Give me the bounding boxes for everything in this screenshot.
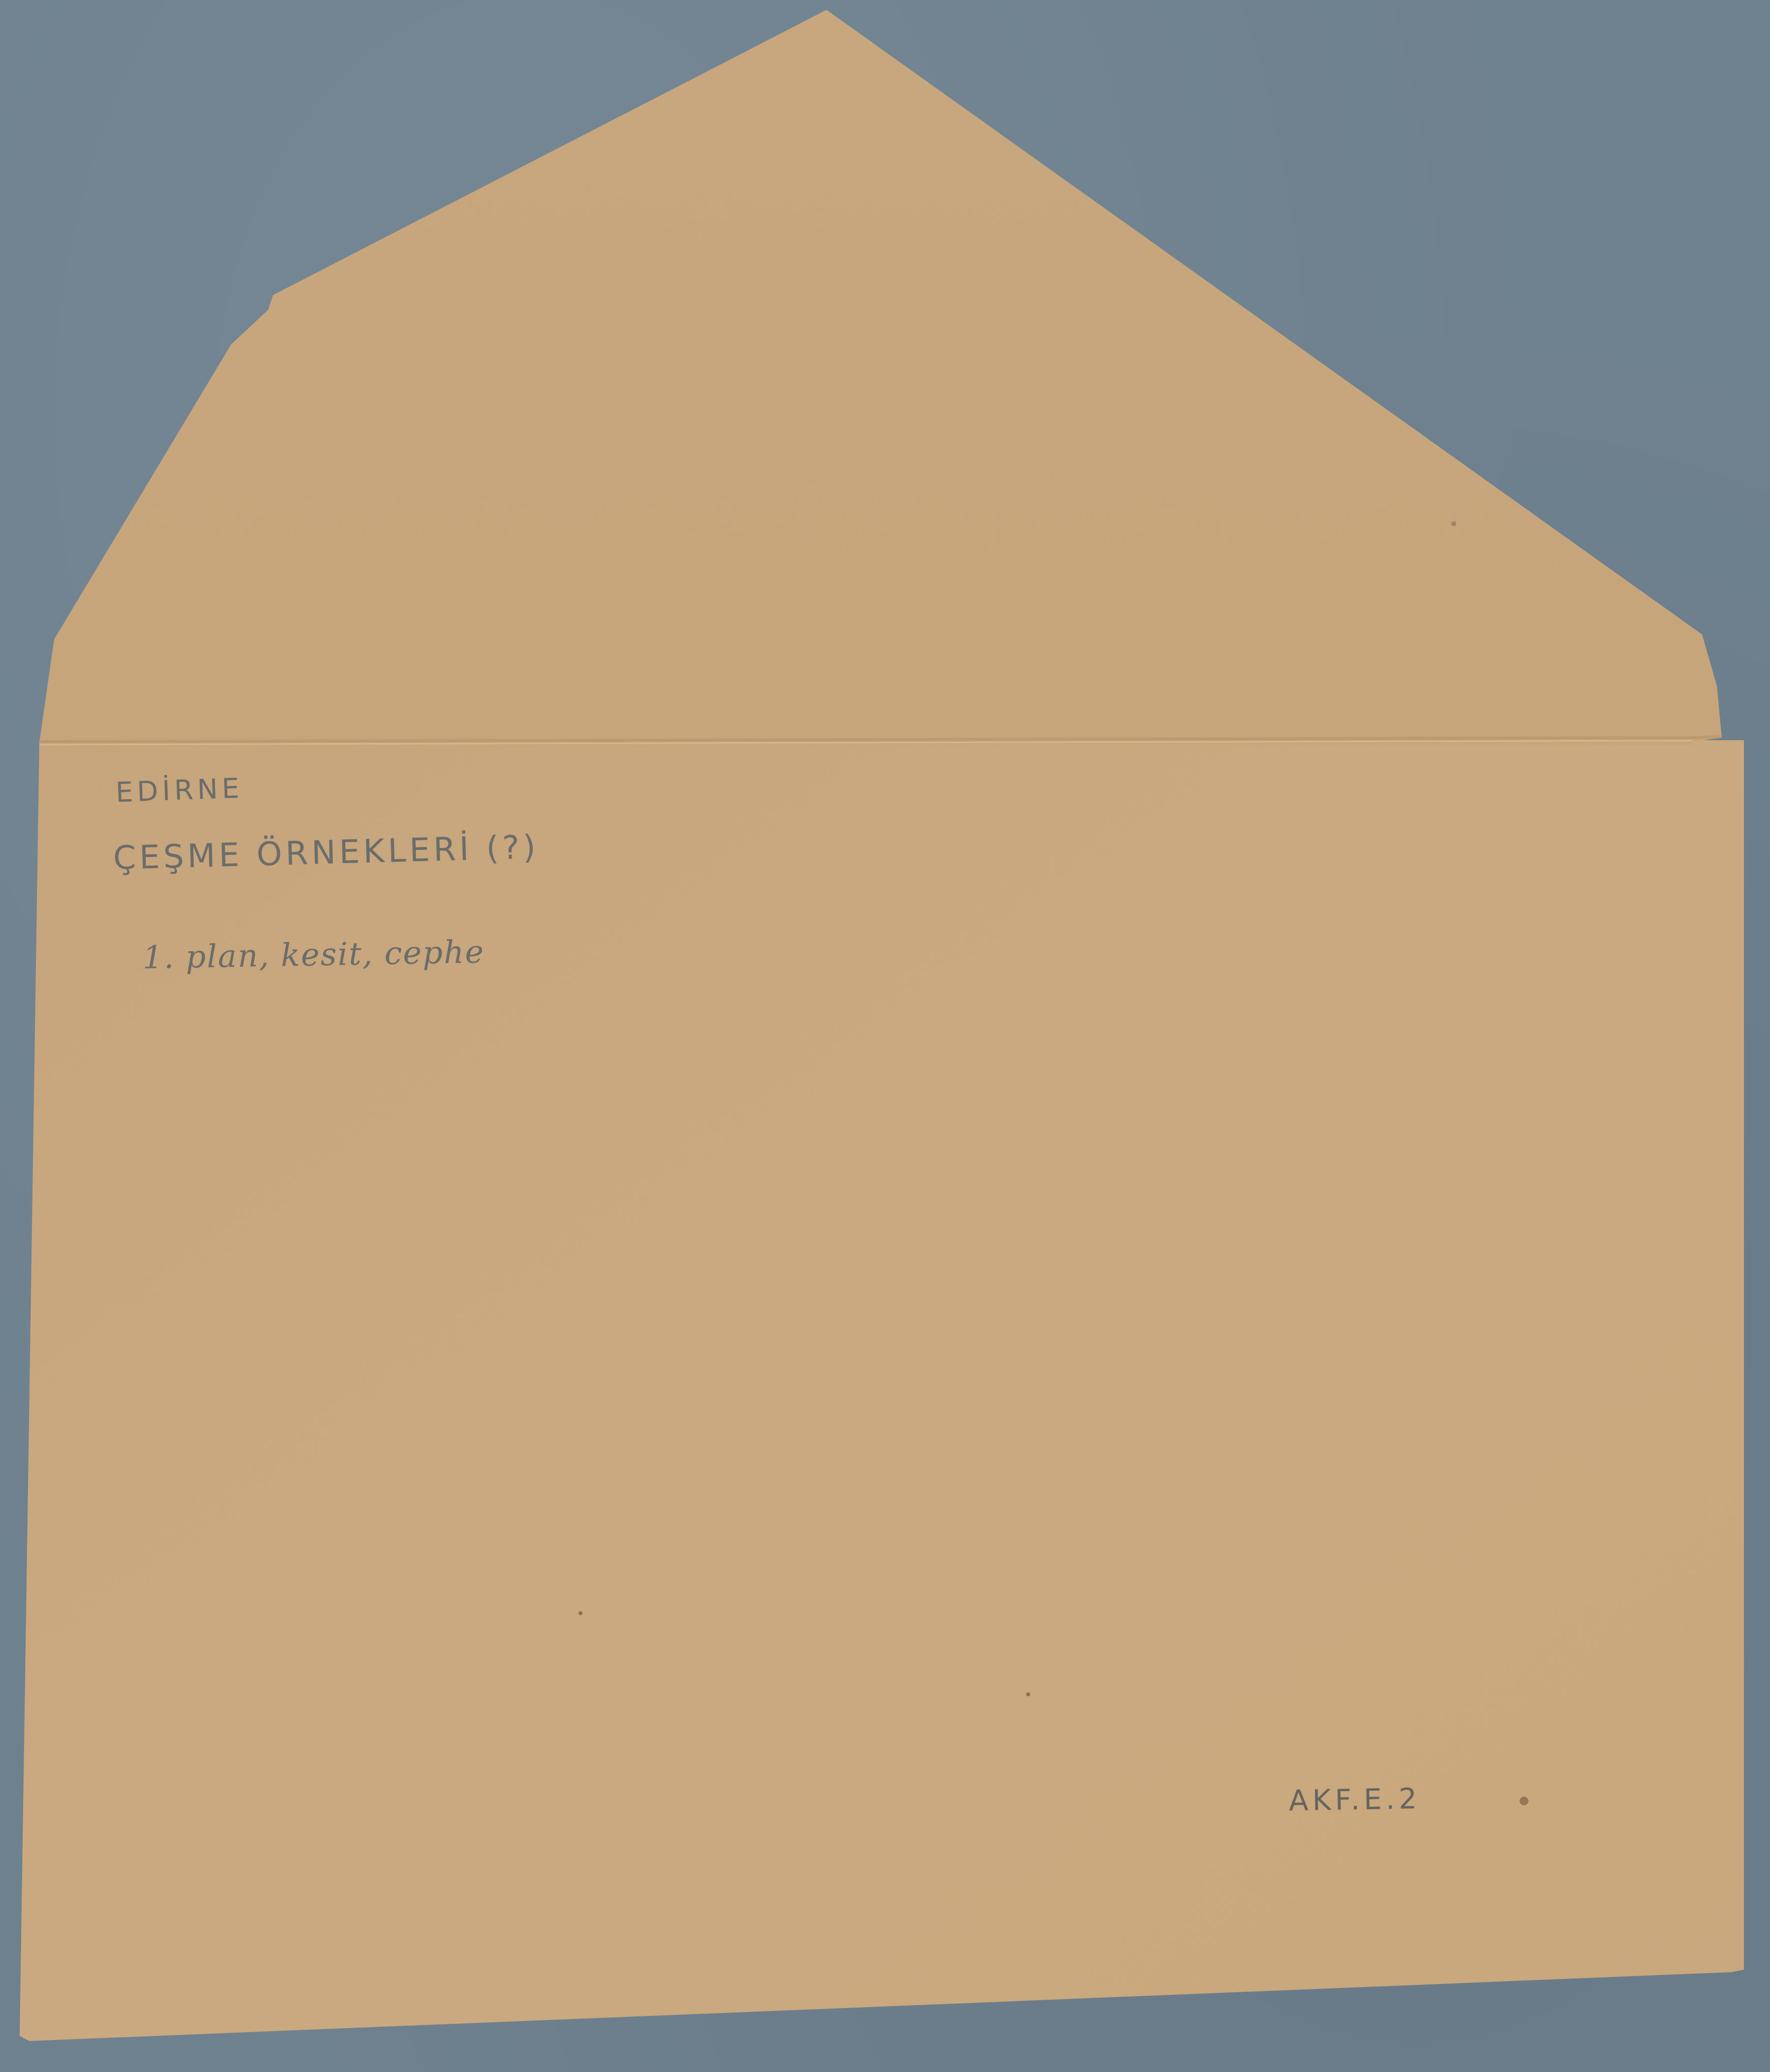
catalog-code: AKF.E.2: [1288, 1782, 1421, 1818]
envelope-flap: [39, 10, 1722, 745]
envelope-body: [20, 740, 1744, 2041]
envelope-shape: [0, 0, 1770, 2072]
annotation-city: EDİRNE: [115, 772, 244, 809]
annotation-item: 1. plan, kesit, cephe: [142, 934, 485, 976]
envelope: [0, 0, 1770, 2072]
